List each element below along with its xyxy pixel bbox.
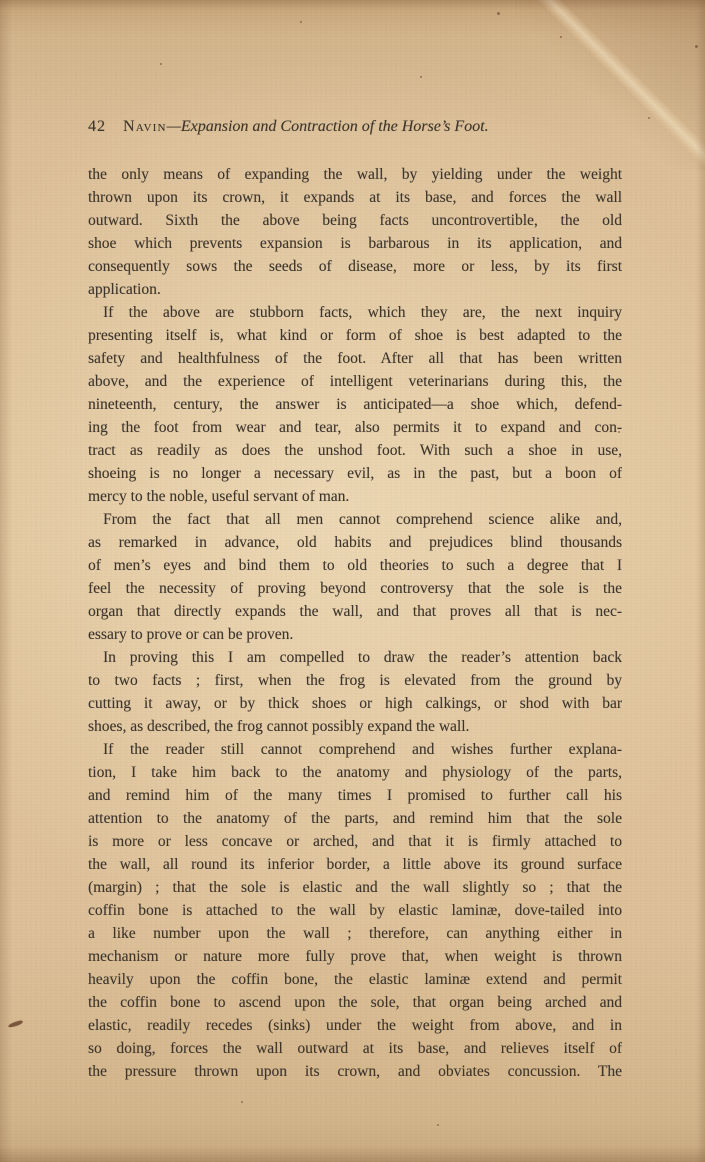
text-line: mechanism or nature more fully prove tha…	[88, 945, 622, 968]
text-line: nineteenth, century, the answer is antic…	[88, 393, 622, 416]
running-head: 42Navin—Expansion and Contraction of the…	[88, 118, 622, 136]
chapter-title: —Expansion and Contraction of the Horse’…	[167, 118, 489, 135]
text-line: so doing, forces the wall outward at its…	[88, 1037, 622, 1060]
text-line: essary to prove or can be proven.	[88, 623, 622, 646]
text-line: safety and healthfulness of the foot. Af…	[88, 347, 622, 370]
text-line: If the reader still cannot comprehend an…	[88, 738, 622, 761]
text-line: tion, I take him back to the anatomy and…	[88, 761, 622, 784]
paper-speck	[648, 117, 650, 119]
paper-speck	[560, 36, 562, 38]
text-line: a like number upon the wall ; therefore,…	[88, 922, 622, 945]
author-name: Navin	[123, 118, 167, 135]
text-line: shoeing is no longer a necessary evil, a…	[88, 462, 622, 485]
text-line: the only means of expanding the wall, by…	[88, 163, 622, 186]
text-line: From the fact that all men cannot compre…	[88, 508, 622, 531]
text-line: shoe which prevents expansion is barbaro…	[88, 232, 622, 255]
text-line: heavily upon the coffin bone, the elasti…	[88, 968, 622, 991]
text-line: thrown upon its crown, it expands at its…	[88, 186, 622, 209]
text-line: consequently sows the seeds of disease, …	[88, 255, 622, 278]
text-line: is more or less concave or arched, and t…	[88, 830, 622, 853]
text-line: elastic, readily recedes (sinks) under t…	[88, 1014, 622, 1037]
paragraph: If the above are stubborn facts, which t…	[88, 301, 622, 508]
text-line: attention to the anatomy of the parts, a…	[88, 807, 622, 830]
text-line: organ that directly expands the wall, an…	[88, 600, 622, 623]
paper-speck	[437, 1124, 439, 1126]
text-line: to two facts ; first, when the frog is e…	[88, 669, 622, 692]
text-line: application.	[88, 278, 622, 301]
text-line: outward. Sixth the above being facts unc…	[88, 209, 622, 232]
page-edge-shadow-right	[696, 0, 705, 1162]
text-line: the pressure thrown upon its crown, and …	[88, 1060, 622, 1083]
paragraph: If the reader still cannot comprehend an…	[88, 738, 622, 1083]
page-number: 42	[88, 118, 106, 135]
text-line: If the above are stubborn facts, which t…	[88, 301, 622, 324]
body-text: the only means of expanding the wall, by…	[88, 163, 622, 1083]
text-line: tract as readily as does the unshod foot…	[88, 439, 622, 462]
paper-speck	[241, 1101, 243, 1103]
text-line: shoes, as described, the frog cannot pos…	[88, 715, 622, 738]
paper-speck	[160, 63, 162, 65]
paper-speck	[300, 21, 302, 23]
corner-crease-line	[515, 0, 705, 180]
text-line: cutting it away, or by thick shoes or hi…	[88, 692, 622, 715]
text-line: feel the necessity of proving beyond con…	[88, 577, 622, 600]
text-line: the wall, all round its inferior border,…	[88, 853, 622, 876]
text-line: as remarked in advance, old habits and p…	[88, 531, 622, 554]
text-line: (margin) ; that the sole is elastic and …	[88, 876, 622, 899]
paper-speck	[497, 12, 500, 15]
paragraph: From the fact that all men cannot compre…	[88, 508, 622, 646]
text-line: above, and the experience of intelligent…	[88, 370, 622, 393]
text-line: ing the foot from wear and tear, also pe…	[88, 416, 622, 439]
text-line: In proving this I am compelled to draw t…	[88, 646, 622, 669]
text-line: of men’s eyes and bind them to old theor…	[88, 554, 622, 577]
paragraph: In proving this I am compelled to draw t…	[88, 646, 622, 738]
text-line: coffin bone is attached to the wall by e…	[88, 899, 622, 922]
paragraph: the only means of expanding the wall, by…	[88, 163, 622, 301]
text-line: and remind him of the many times I promi…	[88, 784, 622, 807]
text-line: mercy to the noble, useful servant of ma…	[88, 485, 622, 508]
page-edge-shadow-left	[0, 0, 12, 1162]
page-edge-shadow-top	[0, 0, 705, 10]
paper-speck	[420, 76, 422, 78]
corner-discoloration	[515, 0, 705, 170]
book-page: 42Navin—Expansion and Contraction of the…	[0, 0, 705, 1162]
page-edge-shadow-bottom	[0, 1146, 705, 1162]
text-line: presenting itself is, what kind or form …	[88, 324, 622, 347]
text-line: the coffin bone to ascend upon the sole,…	[88, 991, 622, 1014]
